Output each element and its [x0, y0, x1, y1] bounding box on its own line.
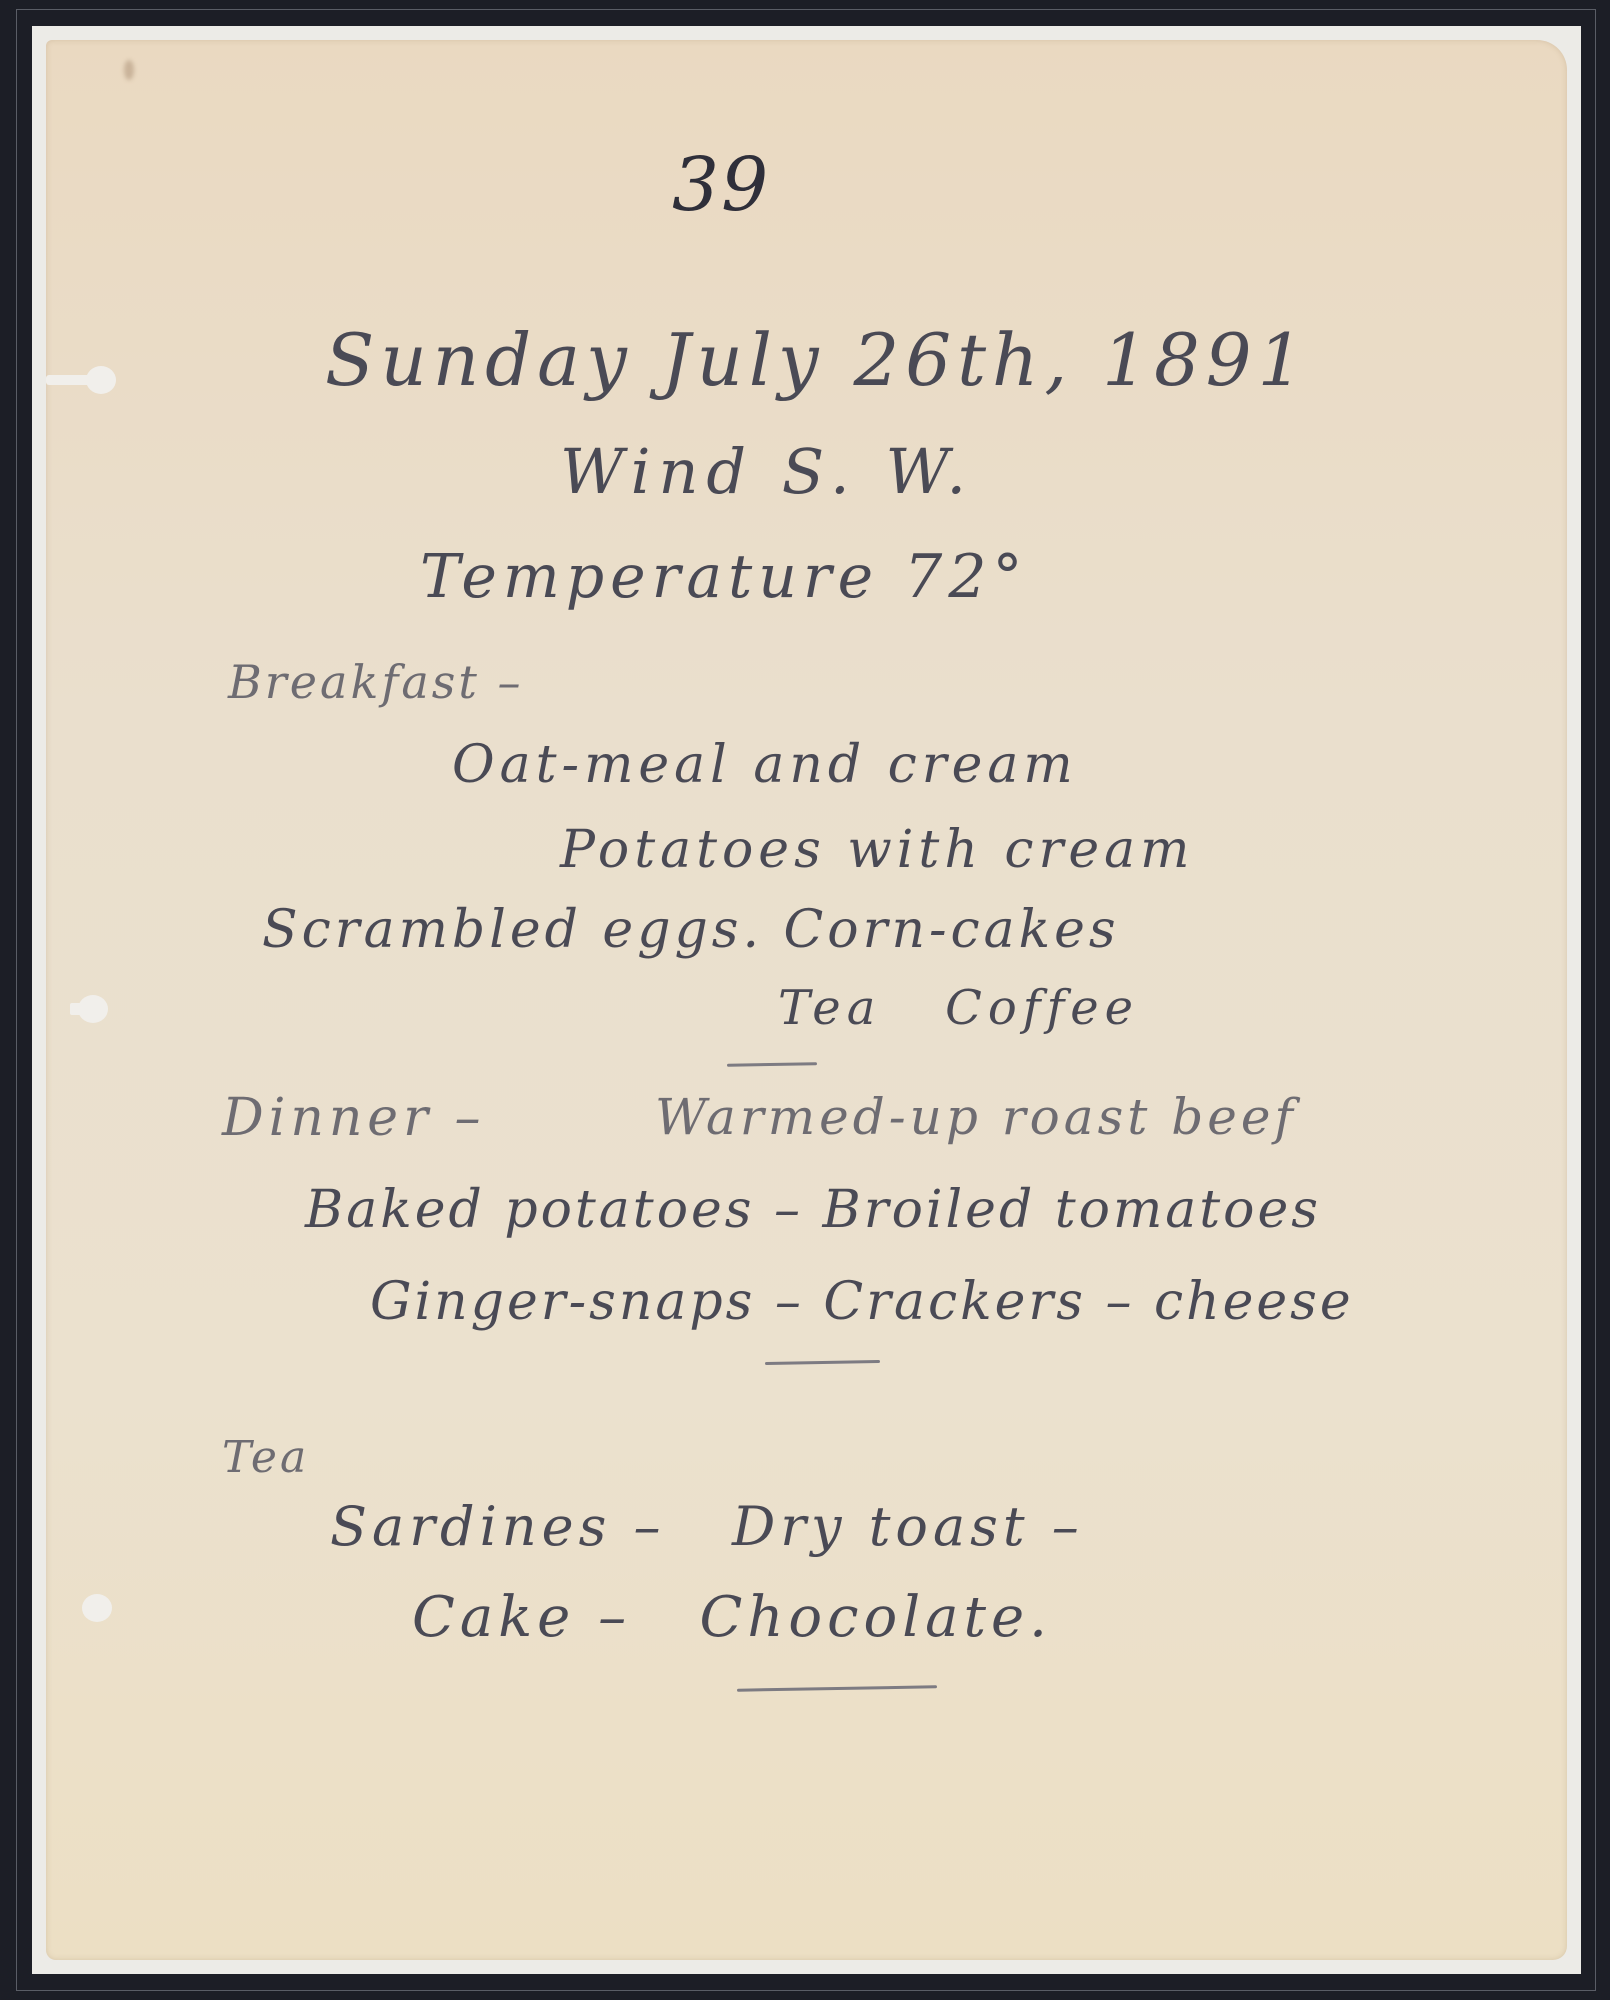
tea-item: Sardines – Dry toast –: [330, 1495, 1084, 1558]
dinner-item: Warmed-up roast beef: [655, 1088, 1297, 1146]
breakfast-item: Potatoes with cream: [560, 820, 1194, 880]
punch-hole-bottom: [82, 1594, 112, 1622]
page-number: 39: [672, 142, 770, 228]
punch-hole-middle: [78, 995, 108, 1023]
tea-item: Cake – Chocolate.: [412, 1585, 1052, 1650]
breakfast-item: Oat-meal and cream: [452, 735, 1078, 795]
temperature-line: Temperature 72°: [420, 542, 1029, 612]
punch-hole-top: [86, 366, 116, 394]
date-line: Sunday July 26th, 1891: [325, 318, 1309, 402]
paper-stain: [124, 60, 134, 80]
breakfast-item: Tea Coffee: [778, 980, 1139, 1036]
wind-line: Wind S. W.: [560, 435, 974, 508]
dinner-item: Ginger-snaps – Crackers – cheese: [370, 1272, 1354, 1332]
dinner-heading: Dinner –: [222, 1088, 485, 1148]
breakfast-heading: Breakfast –: [228, 655, 523, 709]
tea-heading: Tea: [222, 1432, 309, 1483]
dinner-item: Baked potatoes – Broiled tomatoes: [305, 1180, 1321, 1240]
breakfast-item: Scrambled eggs. Corn-cakes: [262, 900, 1120, 960]
